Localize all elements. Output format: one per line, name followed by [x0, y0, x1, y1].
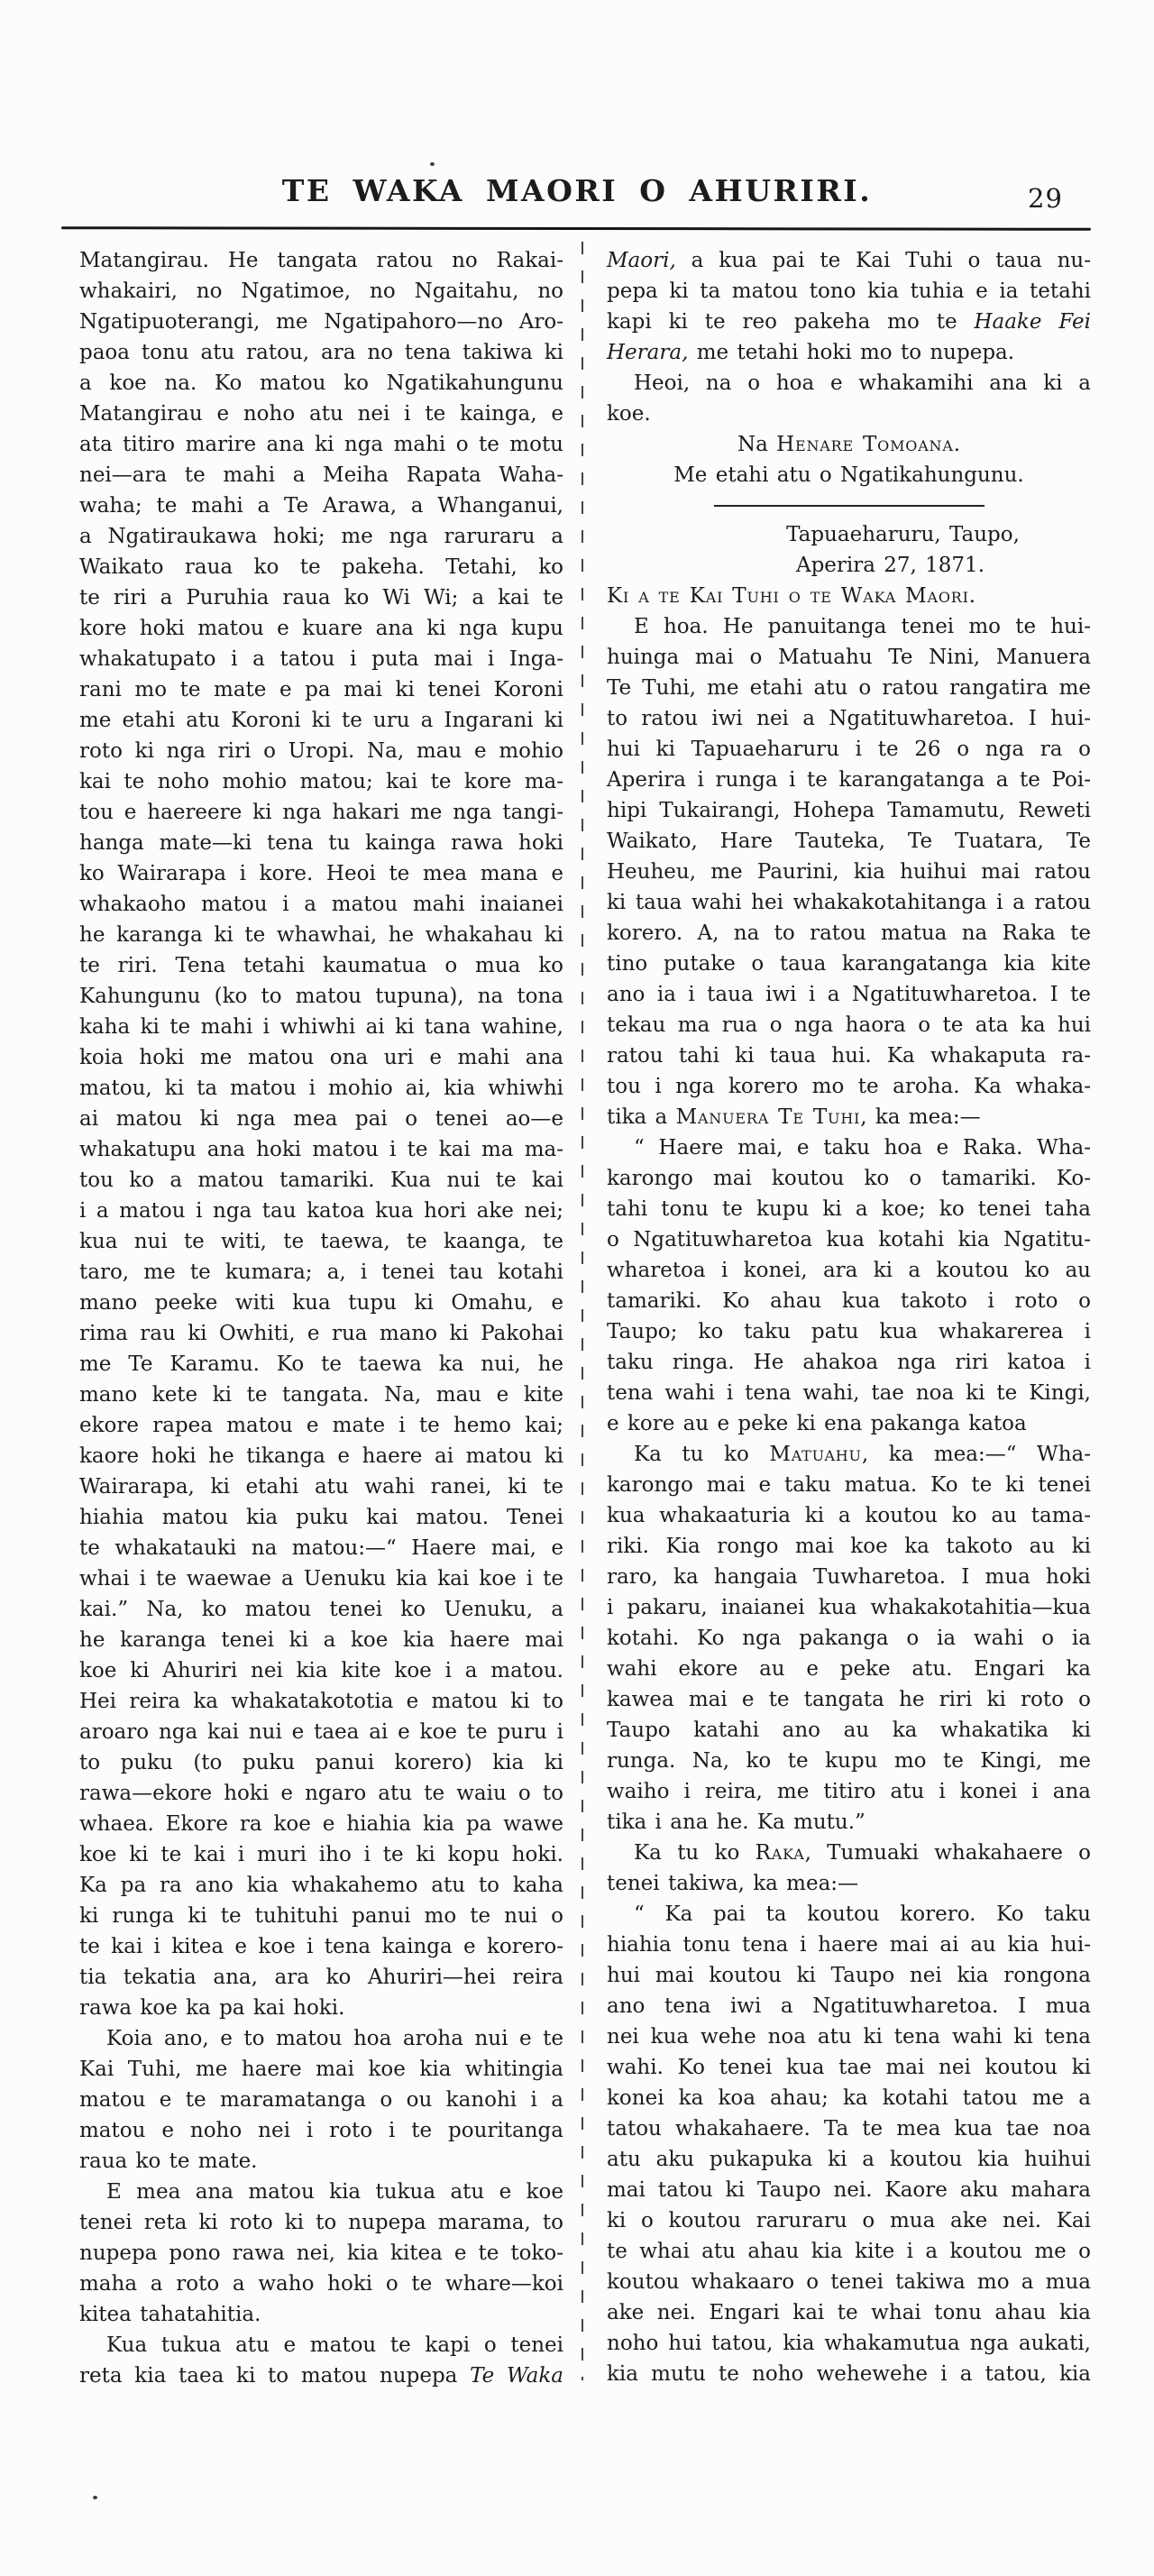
- header-rule: [61, 226, 1091, 231]
- text-line: wharetoa i konei, ara ki a koutou ko au: [607, 1255, 1091, 1286]
- text-line: Ka pa ra ano kia whakahemo atu to kaha: [79, 1870, 563, 1901]
- text-line: E hoa. He panuitanga tenei mo te hui-: [607, 611, 1091, 642]
- text-line: whakairi, no Ngatimoe, no Ngaitahu, no: [79, 276, 563, 307]
- text-line: e kore au e peke ki ena pakanga katoa: [607, 1408, 1091, 1439]
- text-line: tika i ana he. Ka mutu.”: [607, 1807, 1091, 1838]
- text-line: mano peeke witi kua tupu ki Omahu, e: [79, 1288, 563, 1318]
- text-line: te whakatauki na matou:—“ Haere mai, e: [79, 1533, 563, 1563]
- text-line: koutou whakaaro o tenei takiwa mo a mua: [607, 2267, 1091, 2297]
- text-line: E mea ana matou kia tukua atu e koe: [79, 2177, 563, 2207]
- text-line: koia hoki me matou ona uri e mahi ana: [79, 1042, 563, 1073]
- text-line: Ki a te Kai Tuhi o te Waka Maori.: [607, 581, 1091, 611]
- text-line: raro, ka hangaia Tuwharetoa. I mua hoki: [607, 1562, 1091, 1592]
- text-line: rawa koe ka pa kai hoki.: [79, 1993, 563, 2023]
- text-line: rawa—ekore hoki e ngaro atu te waiu o to: [79, 1778, 563, 1809]
- text-line: Maori, a kua pai te Kai Tuhi o taua nu-: [607, 245, 1091, 276]
- text-line: tenei takiwa, ka mea:—: [607, 1868, 1091, 1899]
- text-line: whakaoho matou i a matou mahi inaianei: [79, 889, 563, 920]
- text-line: ake nei. Engari kai te whai tonu ahau ki…: [607, 2297, 1091, 2328]
- paragraph: Kua tukua atu e matou te kapi o teneiret…: [79, 2330, 563, 2391]
- text-line: tekau ma rua o nga haora o te ata ka hui: [607, 1010, 1091, 1040]
- text-line: nei—ara te mahi a Meiha Rapata Waha-: [79, 460, 563, 490]
- text-line: tou e haereere ki nga hakari me nga tang…: [79, 797, 563, 828]
- text-line: ekore rapea matou e mate i te hemo kai;: [79, 1410, 563, 1441]
- scan-speck: [93, 2496, 97, 2499]
- text-line: hiahia matou kia puku kai matou. Tenei: [79, 1502, 563, 1533]
- paragraph: Heoi, na o hoa e whakamihi ana ki akoe.: [607, 368, 1091, 429]
- text-line: korero. A, na to ratou matua na Raka te: [607, 918, 1091, 949]
- text-line: he karanga tenei ki a koe kia haere mai: [79, 1625, 563, 1655]
- newspaper-title: TE WAKA MAORI O AHURIRI.: [0, 173, 1154, 208]
- text-line: Waikato raua ko te pakeha. Tetahi, ko: [79, 552, 563, 582]
- text-line: hipi Tukairangi, Hohepa Tamamutu, Reweti: [607, 795, 1091, 826]
- text-line: noho hui tatou, kia whakamutua nga aukat…: [607, 2328, 1091, 2359]
- text-line: tatou whakahaere. Ta te mea kua tae noa: [607, 2113, 1091, 2144]
- text-line: raua ko te mate.: [79, 2146, 563, 2177]
- text-line: tena wahi i tena wahi, tae noa ki te Kin…: [607, 1378, 1091, 1408]
- text-line: kotahi. Ko nga pakanga o ia wahi o ia: [607, 1623, 1091, 1654]
- paragraph: Ka tu ko Raka, Tumuaki whakahaere otenei…: [607, 1838, 1091, 1899]
- text-line: whakatupato i a tatou i puta mai i Inga-: [79, 644, 563, 674]
- text-line: ata titiro marire ana ki nga mahi o te m…: [79, 429, 563, 460]
- text-line: ki o koutou raruraru o mua ake nei. Kai: [607, 2205, 1091, 2236]
- text-line: o Ngatituwharetoa kua kotahi kia Ngatitu…: [607, 1224, 1091, 1255]
- text-line: kitea tahatahitia.: [79, 2299, 563, 2330]
- text-line: Koia ano, e to matou hoa aroha nui e te: [79, 2023, 563, 2054]
- text-line: waiho i reira, me titiro atu i konei i a…: [607, 1776, 1091, 1807]
- text-line: Ka tu ko Matuahu, ka mea:—“ Wha-: [607, 1439, 1091, 1470]
- text-line: Taupo; ko taku patu kua whakarerea i: [607, 1316, 1091, 1347]
- text-line: i pakaru, inaianei kua whakakotahitia—ku…: [607, 1592, 1091, 1623]
- text-line: tou ko a matou tamariki. Kua nui te kai: [79, 1165, 563, 1196]
- text-line: konei ka koa ahau; ka kotahi tatou me a: [607, 2083, 1091, 2113]
- text-line: me Te Karamu. Ko te taewa ka nui, he: [79, 1349, 563, 1380]
- text-line: Me etahi atu o Ngatikahungunu.: [607, 460, 1091, 490]
- scan-speck: [430, 162, 435, 166]
- text-line: ano tena iwi a Ngatituwharetoa. I mua: [607, 1991, 1091, 2021]
- text-line: a koe na. Ko matou ko Ngatikahungunu: [79, 368, 563, 399]
- text-line: tou i nga korero mo te aroha. Ka whaka-: [607, 1071, 1091, 1102]
- text-line: ko Wairarapa i kore. Heoi te mea mana e: [79, 858, 563, 889]
- text-line: tenei reta ki roto ki to nupepa marama, …: [79, 2207, 563, 2238]
- left-column: Matangirau. He tangata ratou no Rakai-wh…: [79, 245, 563, 2391]
- text-line: ai matou ki nga mea pai o tenei ao—e: [79, 1104, 563, 1134]
- text-line: roto ki nga riri o Uropi. Na, mau e mohi…: [79, 736, 563, 766]
- text-line: riki. Kia rongo mai koe ka takoto au ki: [607, 1531, 1091, 1562]
- text-line: hui ki Tapuaeharuru i te 26 o nga ra o: [607, 734, 1091, 765]
- text-line: hui mai koutou ki Taupo nei kia rongona: [607, 1960, 1091, 1991]
- text-line: huinga mai o Matuahu Te Nini, Manuera: [607, 642, 1091, 673]
- text-line: Aperira i runga i te karangatanga a te P…: [607, 765, 1091, 795]
- text-line: Heoi, na o hoa e whakamihi ana ki a: [607, 368, 1091, 399]
- text-line: kia mutu te noho wehewehe i a tatou, kia: [607, 2359, 1091, 2389]
- text-line: Te Tuhi, me etahi atu o ratou rangatira …: [607, 673, 1091, 703]
- text-line: kapi ki te reo pakeha mo te Haake Fei: [607, 307, 1091, 337]
- text-columns: Matangirau. He tangata ratou no Rakai-wh…: [79, 245, 1091, 2391]
- text-line: hiahia tonu tena i haere mai ai au kia h…: [607, 1930, 1091, 1960]
- text-line: tika a Manuera Te Tuhi, ka mea:—: [607, 1102, 1091, 1132]
- text-line: tia tekatia ana, ara ko Ahuriri—hei reir…: [79, 1962, 563, 1993]
- text-line: kawea mai e te tangata he riri ki roto o: [607, 1684, 1091, 1715]
- text-line: te riri. Tena tetahi kaumatua o mua ko: [79, 950, 563, 981]
- text-line: to ratou iwi nei a Ngatituwharetoa. I hu…: [607, 703, 1091, 734]
- text-line: whakatupu ana hoki matou i te kai ma ma-: [79, 1134, 563, 1165]
- text-line: paoa tonu atu ratou, ara no tena takiwa …: [79, 337, 563, 368]
- paragraph: Maori, a kua pai te Kai Tuhi o taua nu-p…: [607, 245, 1091, 368]
- text-line: Kai Tuhi, me haere mai koe kia whitingia: [79, 2054, 563, 2085]
- section-rule: [714, 505, 985, 507]
- paragraph: “ Ka pai ta koutou korero. Ko takuhiahia…: [607, 1899, 1091, 2389]
- text-line: atu aku pukapuka ki a koutou kia huihui: [607, 2144, 1091, 2175]
- text-line: Na Henare Tomoana.: [607, 429, 1091, 460]
- text-line: Wairarapa, ki etahi atu wahi ranei, ki t…: [79, 1471, 563, 1502]
- right-column: Maori, a kua pai te Kai Tuhi o taua nu-p…: [607, 245, 1091, 2391]
- text-line: kai.” Na, ko matou tenei ko Uenuku, a: [79, 1594, 563, 1625]
- text-line: mai tatou ki Taupo nei. Kaore aku mahara: [607, 2175, 1091, 2205]
- paragraph: Matangirau. He tangata ratou no Rakai-wh…: [79, 245, 563, 2023]
- text-line: taro, me te kumara; a, i tenei tau kotah…: [79, 1257, 563, 1288]
- text-line: wahi ekore au e peke atu. Engari ka: [607, 1654, 1091, 1684]
- text-line: kua nui te witi, te taewa, te kaanga, te: [79, 1226, 563, 1257]
- text-line: koe ki Ahuriri nei kia kite koe i a mato…: [79, 1655, 563, 1686]
- text-line: matou e noho nei i roto i te pouritanga: [79, 2115, 563, 2146]
- text-line: “ Ka pai ta koutou korero. Ko taku: [607, 1899, 1091, 1930]
- text-line: reta kia taea ki to matou nupepa Te Waka: [79, 2361, 563, 2391]
- text-line: tino putake o taua karangatanga kia kite: [607, 949, 1091, 979]
- text-line: ki taua wahi hei whakakotahitanga i a ra…: [607, 887, 1091, 918]
- text-line: Kua tukua atu e matou te kapi o tenei: [79, 2330, 563, 2361]
- text-line: te kai i kitea e koe i tena kainga e kor…: [79, 1931, 563, 1962]
- text-line: Aperira 27, 1871.: [607, 550, 1091, 581]
- text-line: maha a roto a waho hoki o te whare—koi: [79, 2269, 563, 2299]
- text-line: ratou tahi ki taua hui. Ka whakaputa ra-: [607, 1040, 1091, 1071]
- page-number: 29: [1028, 183, 1063, 214]
- text-line: runga. Na, ko te kupu mo te Kingi, me: [607, 1746, 1091, 1776]
- text-line: Tapuaeharuru, Taupo,: [607, 519, 1091, 550]
- text-line: pepa ki ta matou tono kia tuhia e ia tet…: [607, 276, 1091, 307]
- paragraph: E hoa. He panuitanga tenei mo te hui-hui…: [607, 611, 1091, 1132]
- text-line: rani mo te mate e pa mai ki tenei Koroni: [79, 674, 563, 705]
- text-line: Matangirau. He tangata ratou no Rakai-: [79, 245, 563, 276]
- text-line: ano ia i taua iwi i a Ngatituwharetoa. I…: [607, 979, 1091, 1010]
- text-line: a Ngatiraukawa hoki; me nga raruraru a: [79, 521, 563, 552]
- text-line: whai i te waewae a Uenuku kia kai koe i …: [79, 1563, 563, 1594]
- text-line: kaore hoki he tikanga e haere ai matou k…: [79, 1441, 563, 1471]
- text-line: kai te noho mohio matou; kai te kore ma-: [79, 766, 563, 797]
- text-line: ki runga ki te tuhituhi panui mo te nui …: [79, 1901, 563, 1931]
- paragraph: Koia ano, e to matou hoa aroha nui e teK…: [79, 2023, 563, 2177]
- text-line: “ Haere mai, e taku hoa e Raka. Wha-: [607, 1132, 1091, 1163]
- text-line: to puku (to puku panui korero) kia ki: [79, 1747, 563, 1778]
- text-line: me etahi atu Koroni ki te uru a Ingarani…: [79, 705, 563, 736]
- paragraph: E mea ana matou kia tukua atu e koetenei…: [79, 2177, 563, 2330]
- text-line: Taupo katahi ano au ka whakatika ki: [607, 1715, 1091, 1746]
- text-line: hanga mate—ki tena tu kainga rawa hoki: [79, 828, 563, 858]
- text-line: i a matou i nga tau katoa kua hori ake n…: [79, 1196, 563, 1226]
- text-line: matou e te maramatanga o ou kanohi i a: [79, 2085, 563, 2115]
- text-line: Ngatipuoterangi, me Ngatipahoro—no Aro-: [79, 307, 563, 337]
- text-line: kore hoki matou e kuare ana ki nga kupu: [79, 613, 563, 644]
- text-line: Waikato, Hare Tauteka, Te Tuatara, Te: [607, 826, 1091, 857]
- text-line: Ka tu ko Raka, Tumuaki whakahaere o: [607, 1838, 1091, 1868]
- text-line: aroaro nga kai nui e taea ai e koe te pu…: [79, 1717, 563, 1747]
- text-line: rima rau ki Owhiti, e rua mano ki Pakoha…: [79, 1318, 563, 1349]
- text-line: te whai atu ahau kia kite i a koutou me …: [607, 2236, 1091, 2267]
- text-line: kua whakaaturia ki a koutou ko au tama-: [607, 1500, 1091, 1531]
- text-line: taku ringa. He ahakoa nga riri katoa i: [607, 1347, 1091, 1378]
- text-line: karongo mai koutou ko o tamariki. Ko-: [607, 1163, 1091, 1194]
- text-line: Hei reira ka whakatakototia e matou ki t…: [79, 1686, 563, 1717]
- text-line: waha; te mahi a Te Arawa, a Whanganui,: [79, 490, 563, 521]
- paragraph: “ Haere mai, e taku hoa e Raka. Wha-karo…: [607, 1132, 1091, 1439]
- text-line: koe ki te kai i muri iho i te ki kopu ho…: [79, 1839, 563, 1870]
- text-line: koe.: [607, 399, 1091, 429]
- text-line: kaha ki te mahi i whiwhi ai ki tana wahi…: [79, 1012, 563, 1042]
- text-line: nei kua wehe noa atu ki tena wahi ki ten…: [607, 2021, 1091, 2052]
- text-line: te riri a Puruhia raua ko Wi Wi; a kai t…: [79, 582, 563, 613]
- text-line: Herara, me tetahi hoki mo to nupepa.: [607, 337, 1091, 368]
- newspaper-page: TE WAKA MAORI O AHURIRI. 29 Matangirau. …: [0, 0, 1154, 2576]
- text-line: nupepa pono rawa nei, kia kitea e te tok…: [79, 2238, 563, 2269]
- text-line: whaea. Ekore ra koe e hiahia kia pa wawe: [79, 1809, 563, 1839]
- text-line: tamariki. Ko ahau kua takoto i roto o: [607, 1286, 1091, 1316]
- text-line: Matangirau e noho atu nei i te kainga, e: [79, 399, 563, 429]
- text-line: mano kete ki te tangata. Na, mau e kite: [79, 1380, 563, 1410]
- paragraph: Ka tu ko Matuahu, ka mea:—“ Wha-karongo …: [607, 1439, 1091, 1838]
- text-line: Kahungunu (ko to matou tupuna), na tona: [79, 981, 563, 1012]
- text-line: tahi tonu te kupu ki a koe; ko tenei tah…: [607, 1194, 1091, 1224]
- text-line: Heuheu, me Paurini, kia huihui mai ratou: [607, 857, 1091, 887]
- text-line: matou, ki ta matou i mohio ai, kia whiwh…: [79, 1073, 563, 1104]
- text-line: wahi. Ko tenei kua tae mai nei koutou ki: [607, 2052, 1091, 2083]
- text-line: karongo mai e taku matua. Ko te ki tenei: [607, 1470, 1091, 1500]
- text-line: he karanga ki te whawhai, he whakahau ki: [79, 920, 563, 950]
